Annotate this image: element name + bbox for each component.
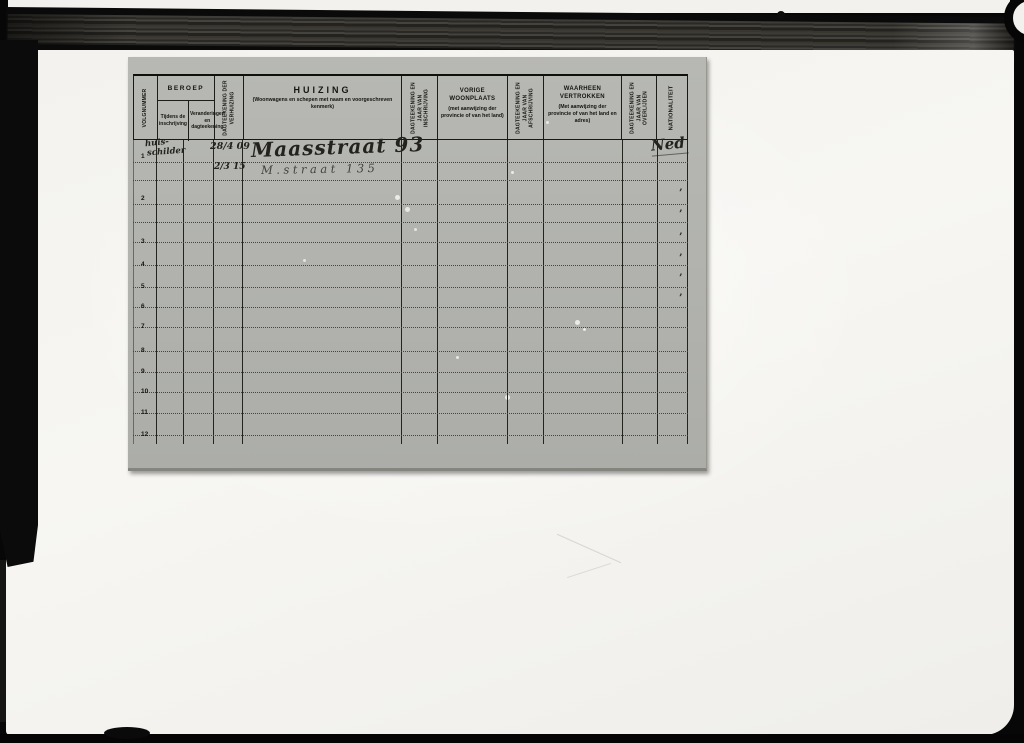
photo-bottom-border bbox=[0, 734, 1024, 743]
column-header-label: NATIONALITEIT bbox=[668, 78, 675, 138]
column-header-inschrijving: DAGTEEKENING EN JAAR VAN INSCHRIJVING bbox=[401, 76, 437, 139]
row-number: 12 bbox=[141, 431, 148, 438]
column-header-vorige-woonplaats: VORIGE WOONPLAATS (met aanwijzing der pr… bbox=[437, 76, 507, 139]
column-header-label: WAARHEEN VERTROKKEN bbox=[544, 86, 622, 102]
column-header-beroep: BEROEP Tijdens de inschrijving Veranderi… bbox=[157, 76, 214, 139]
column-header-subtitle: (met aanwijzing der provincie of van het… bbox=[441, 106, 504, 120]
table-row: 9 bbox=[133, 352, 688, 373]
register-card: VOLGNUMMER BEROEP Tijdens de inschrijvin… bbox=[128, 57, 707, 471]
ditto-mark: ’ bbox=[679, 188, 682, 199]
ditto-mark: ’ bbox=[679, 273, 682, 284]
wood-grain-texture bbox=[8, 14, 1014, 54]
subheader-tijdens-inschrijving: Tijdens de inschrijving bbox=[158, 101, 188, 141]
table-row: 8 bbox=[133, 328, 688, 352]
column-header-label: VORIGE WOONPLAATS bbox=[438, 88, 507, 104]
column-header-nationaliteit: NATIONALITEIT bbox=[656, 76, 687, 139]
row-number: 1 bbox=[141, 153, 145, 160]
ruled-subline bbox=[133, 204, 688, 205]
column-header-label: DAGTEEKENING DER VERHUIZING bbox=[222, 78, 235, 138]
column-header-subtitle: (Woonwagens en schepen met naam en voorg… bbox=[250, 97, 395, 111]
column-header-subtitle: (Met aanwijzing der provincie of van het… bbox=[547, 104, 618, 125]
column-header-label: DAGTEEKENING EN JAAR VAN OVERLIJDEN bbox=[629, 78, 649, 138]
table-row: 5 bbox=[133, 266, 688, 288]
column-header-label: BEROEP bbox=[158, 76, 214, 100]
table-header: VOLGNUMMER BEROEP Tijdens de inschrijvin… bbox=[133, 74, 688, 140]
ink-smudge bbox=[104, 727, 150, 739]
table-row: 11 bbox=[133, 393, 688, 414]
dust-specks bbox=[777, 11, 785, 19]
table-row: 2 bbox=[133, 181, 688, 223]
table-row: 6 bbox=[133, 288, 688, 308]
table-row: 3 bbox=[133, 223, 688, 243]
column-header-label: HUIZING bbox=[244, 85, 401, 95]
table-row: 4 bbox=[133, 243, 688, 266]
paper-scratch bbox=[567, 563, 611, 578]
table-rows: 123456789101112 bbox=[133, 140, 688, 436]
column-header-label: VOLGNUMMER bbox=[142, 78, 149, 138]
beroep-subheaders: Tijdens de inschrijving Veranderingen en… bbox=[158, 100, 214, 141]
paper-scratch bbox=[557, 534, 621, 563]
handwriting-nationality: Ned bbox=[650, 133, 688, 156]
table-row: 10 bbox=[133, 373, 688, 393]
ditto-mark: ’ bbox=[679, 209, 682, 220]
row-number: 2 bbox=[141, 195, 145, 202]
column-header-afschrijving: DAGTEEKENING EN JAAR VAN AFSCHRIJVING bbox=[507, 76, 543, 139]
table-body: 123456789101112 huis- schilder 28/4 09 2… bbox=[133, 140, 688, 444]
column-header-huizing: HUIZING (Woonwagens en schepen met naam … bbox=[243, 76, 401, 139]
column-header-label: DAGTEEKENING EN JAAR VAN INSCHRIJVING bbox=[410, 78, 430, 138]
handwriting-address-line2: M.straat 135 bbox=[261, 161, 379, 177]
column-header-label: DAGTEEKENING EN JAAR VAN AFSCHRIJVING bbox=[515, 78, 535, 138]
table-row: 12 bbox=[133, 414, 688, 436]
page-edge-shadow bbox=[0, 560, 6, 722]
table-row: 7 bbox=[133, 308, 688, 328]
ditto-mark: ’ bbox=[679, 253, 682, 264]
handwriting-verhuizing-date1: 28/4 09 bbox=[210, 141, 250, 152]
ditto-mark: ’ bbox=[679, 293, 682, 304]
book-spine-shadow bbox=[0, 40, 38, 567]
column-header-verhuizing: DAGTEEKENING DER VERHUIZING bbox=[214, 76, 243, 139]
column-header-overlijden: DAGTEEKENING EN JAAR VAN OVERLIJDEN bbox=[621, 76, 656, 139]
ditto-mark: ’ bbox=[679, 232, 682, 243]
column-header-volgnummer: VOLGNUMMER bbox=[134, 76, 157, 139]
column-header-waarheen: WAARHEEN VERTROKKEN (Met aanwijzing der … bbox=[543, 76, 622, 139]
handwriting-verhuizing-date2: 2/3 15 bbox=[214, 162, 245, 172]
